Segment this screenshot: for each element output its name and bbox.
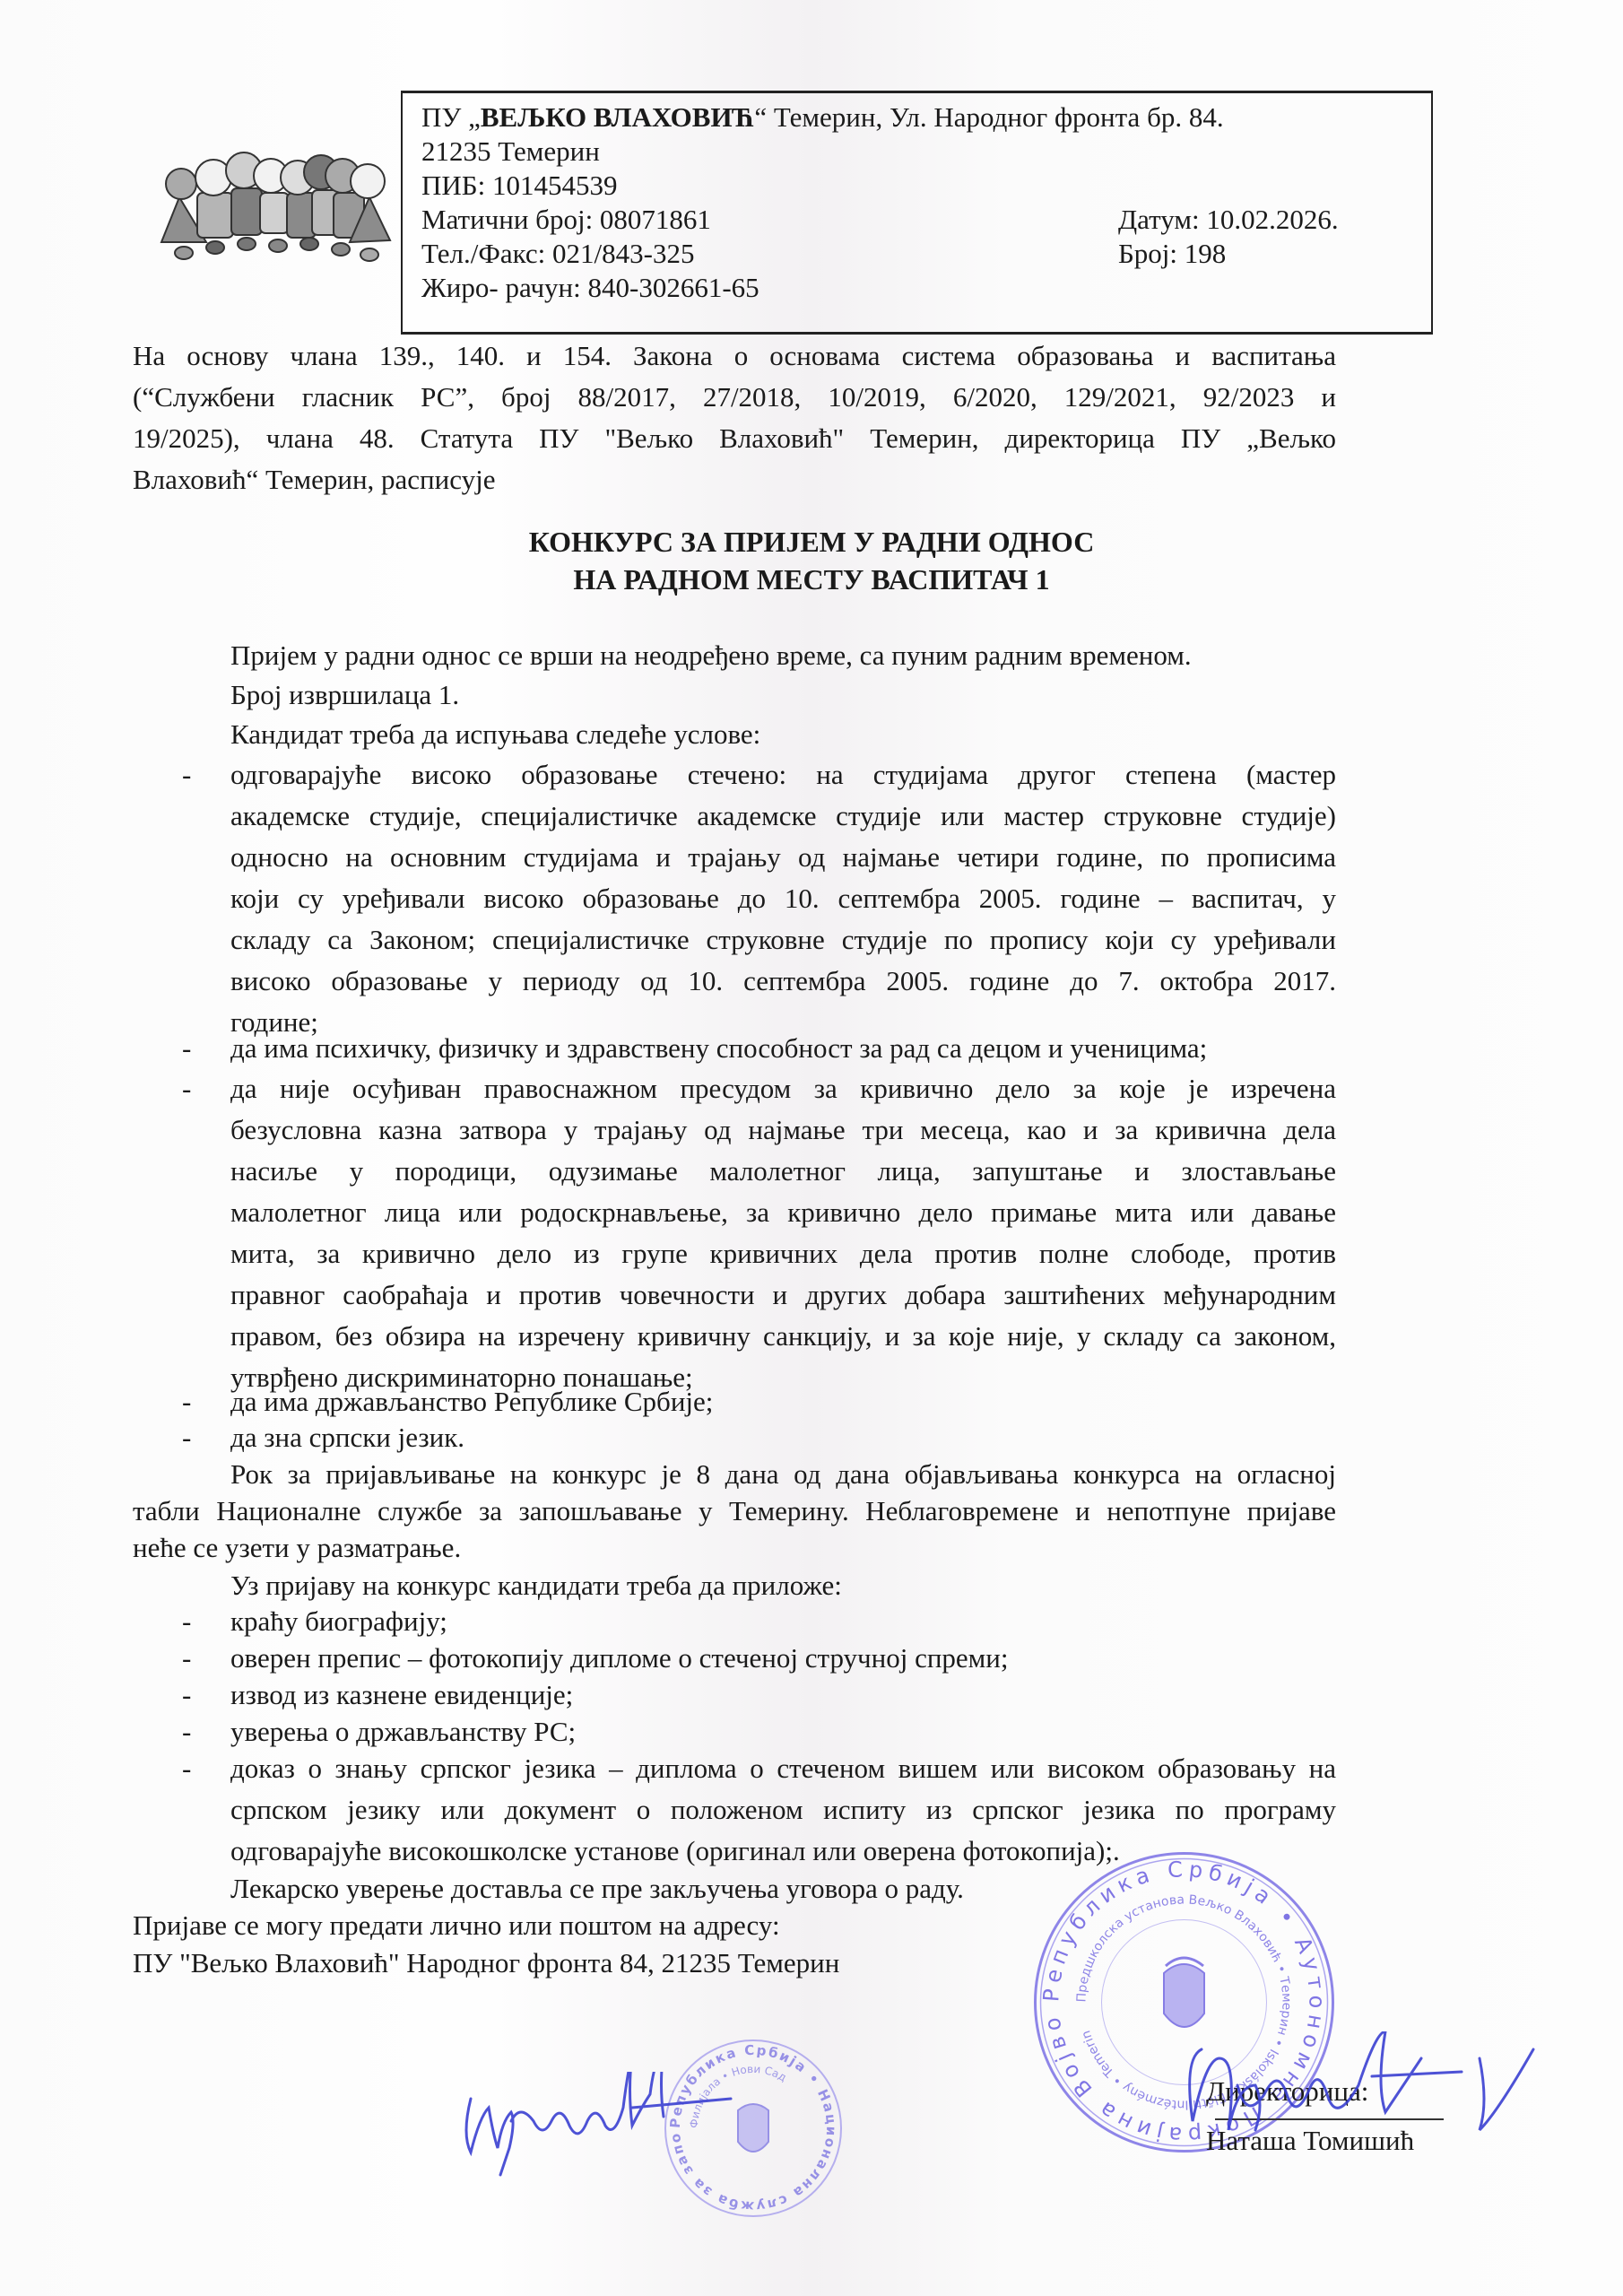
bullet-dash: - [182, 1031, 191, 1065]
documents-heading: Уз пријаву на конкурс кандидати треба да… [230, 1569, 842, 1603]
deadline-line-1: Рок за пријављивање на конкурс је 8 дана… [230, 1457, 1336, 1492]
signature-line [1215, 2118, 1444, 2120]
condition-item-language: да зна српски језик. [230, 1421, 464, 1455]
postal-line: 21235 Темерин [421, 135, 600, 169]
document-item-language-proof: доказ о знању српског језика – диплома о… [230, 1748, 1336, 1872]
bullet-dash: - [182, 1752, 191, 1786]
phone-fax-line: Тел./Факс: 021/843-325 [421, 237, 694, 271]
bullet-dash: - [182, 1421, 191, 1455]
document-number: Број: 198 [1118, 237, 1226, 271]
condition-item-health: да има психичку, физичку и здравствену с… [230, 1031, 1207, 1065]
submission-address: ПУ "Вељко Влаховић" Народног фронта 84, … [133, 1946, 839, 1980]
official-stamp-icon: Република Србија • Аутономна Покрајина В… [1029, 1848, 1339, 2157]
deadline-line-3: неће се узети у разматрање. [133, 1531, 461, 1565]
bullet-dash: - [182, 1678, 191, 1712]
document-title-line-2: НА РАДНОМ МЕСТУ ВАСПИТАЧ 1 [0, 560, 1623, 599]
bullet-dash: - [182, 758, 191, 792]
pib-line: ПИБ: 101454539 [421, 169, 617, 203]
svg-text:Република Србија • Национална: Република Србија • Национална служба за … [659, 2034, 839, 2214]
registration-number-line: Матични број: 08071861 [421, 203, 711, 237]
handwritten-signature-icon [453, 2072, 749, 2179]
document-title-line-1: КОНКУРС ЗА ПРИЈЕМ У РАДНИ ОДНОС [0, 522, 1623, 561]
institution-name-line: ПУ „ВЕЉКО ВЛАХОВИЋ“ Темерин, Ул. Народно… [421, 100, 1224, 135]
condition-item-no-conviction: да није осуђиван правоснажном пресудом з… [230, 1068, 1336, 1398]
bank-account-line: Жиро- рачун: 840-302661-65 [421, 271, 759, 305]
employment-service-stamp-icon: Република Србија • Национална служба за … [659, 2034, 847, 2222]
bullet-dash: - [182, 1385, 191, 1419]
bullet-dash: - [182, 1605, 191, 1639]
signatory-role: Директорица: [1206, 2074, 1368, 2109]
conditions-heading: Кандидат треба да испуњава следеће услов… [230, 717, 760, 752]
condition-item-education: одговарајуће високо образовање стечено: … [230, 754, 1336, 1043]
svg-text:Филијала • Нови Сад: Филијала • Нови Сад [688, 2063, 789, 2128]
bullet-dash: - [182, 1072, 191, 1106]
number-of-positions: Број извршилаца 1. [230, 678, 459, 712]
deadline-line-2: табли Националне службе за запошљавање у… [133, 1494, 1336, 1528]
submission-instructions: Пријаве се могу предати лично или поштом… [133, 1909, 780, 1943]
bullet-dash: - [182, 1641, 191, 1675]
condition-item-citizenship: да има држављанство Републике Србије; [230, 1385, 713, 1419]
children-logo-icon [135, 135, 404, 269]
institution-name: ВЕЉКО ВЛАХОВИЋ [481, 101, 755, 133]
document-item-cv: краћу биографију; [230, 1605, 447, 1639]
signatory-name: Наташа Томишић [1206, 2124, 1414, 2158]
document-item-citizenship-certificate: уверења о држављанству РС; [230, 1715, 576, 1749]
document-item-diploma: оверен препис – фотокопију дипломе о сте… [230, 1641, 1009, 1675]
document-page: ПУ „ВЕЉКО ВЛАХОВИЋ“ Темерин, Ул. Народно… [0, 0, 1623, 2296]
medical-certificate-note: Лекарско уверење доставља се пре закључе… [230, 1872, 964, 1906]
bullet-dash: - [182, 1715, 191, 1749]
document-item-criminal-record: извод из казнене евиденције; [230, 1678, 573, 1712]
document-date: Датум: 10.02.2026. [1118, 203, 1339, 237]
preamble-paragraph: На основу члана 139., 140. и 154. Закона… [133, 335, 1336, 500]
employment-type: Пријем у радни однос се врши на неодређе… [230, 639, 1192, 673]
